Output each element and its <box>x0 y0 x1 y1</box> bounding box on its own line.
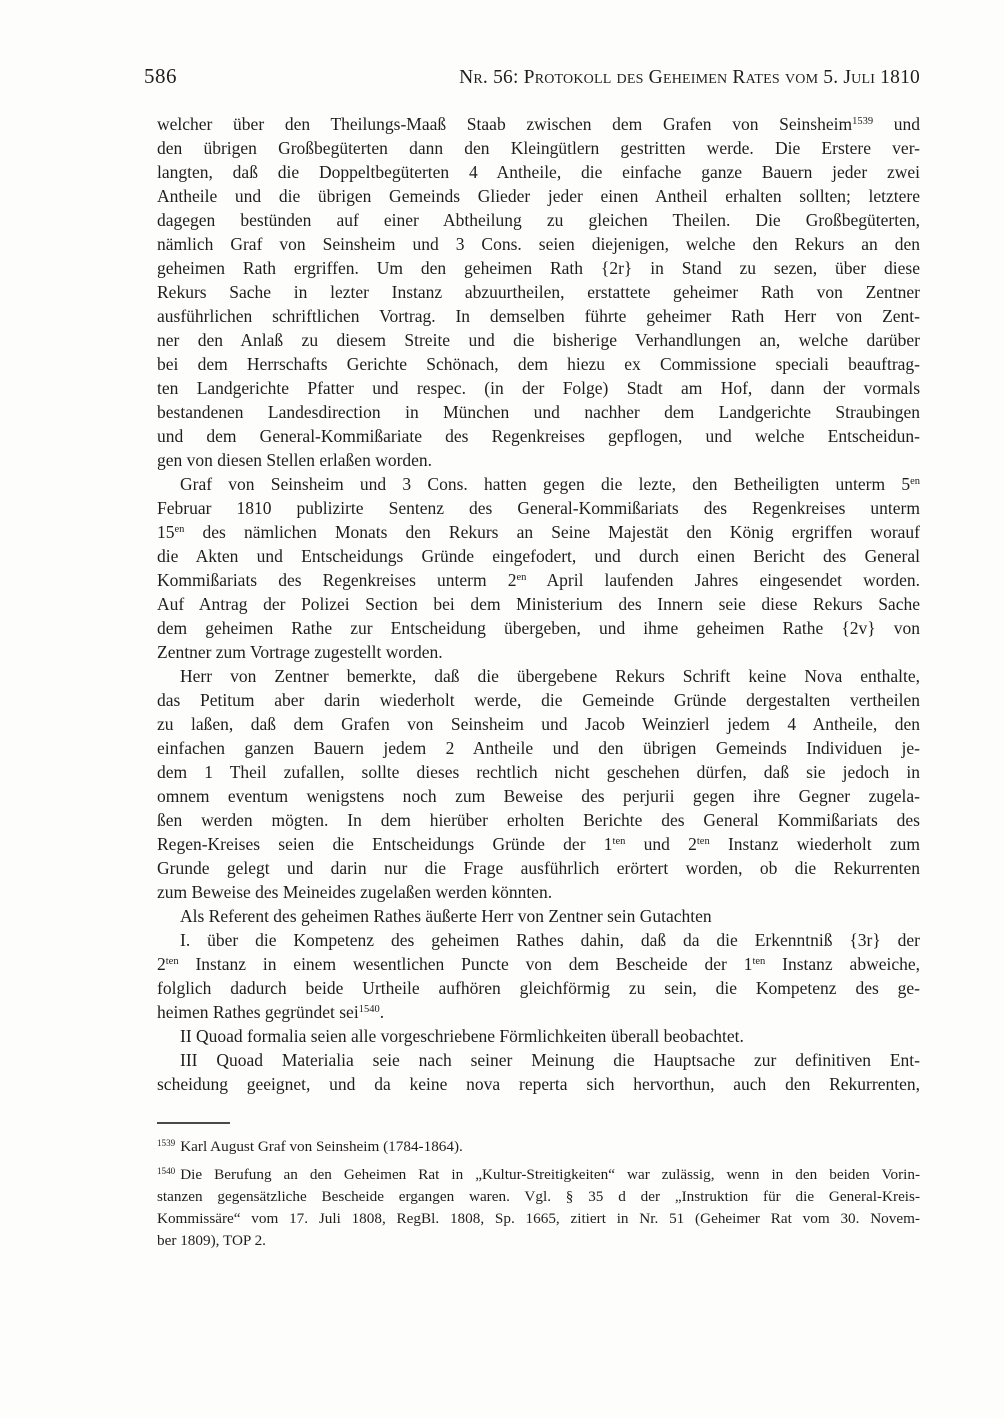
paragraph: II Quoad formalia seien alle vorgeschrie… <box>157 1024 920 1048</box>
paragraph: welcher über den Theilungs-Maaß Staab zw… <box>157 112 920 472</box>
paragraph: Herr von Zentner bemerkte, daß die überg… <box>157 664 920 904</box>
ordinal-superscript: en <box>910 476 920 487</box>
text-line: heimen Rathes gegründet sei1540. <box>157 1000 920 1024</box>
document-page: 586 Nr. 56: Protokoll des Geheimen Rates… <box>0 0 1004 1418</box>
text-line: den übrigen Großbegüterten dann den Klei… <box>157 136 920 160</box>
footnote-ref: 1539 <box>157 1138 175 1148</box>
paragraph: III Quoad Materialia seie nach seiner Me… <box>157 1048 920 1096</box>
text-line: III Quoad Materialia seie nach seiner Me… <box>157 1048 920 1072</box>
text-line: omnem eventum wenigstens noch zum Beweis… <box>157 784 920 808</box>
text-line: Antheile und die übrigen Gemeinds Gliede… <box>157 184 920 208</box>
text-line: ber 1809), TOP 2. <box>157 1230 920 1252</box>
text-line: bestandenen Landesdirection in München u… <box>157 400 920 424</box>
text-line: welcher über den Theilungs-Maaß Staab zw… <box>157 112 920 136</box>
text-line: einfachen ganzen Bauern jedem 2 Antheile… <box>157 736 920 760</box>
page-number: 586 <box>144 64 177 89</box>
footnote-ref: 1540 <box>157 1166 175 1176</box>
paragraph: I. über die Kompetenz des geheimen Rathe… <box>157 928 920 1024</box>
text-line: scheidung geeignet, und da keine nova re… <box>157 1072 920 1096</box>
text-line: II Quoad formalia seien alle vorgeschrie… <box>157 1024 920 1048</box>
text-line: gen von diesen Stellen erlaßen worden. <box>157 448 920 472</box>
text-line: bei dem Herrschafts Gerichte Schönach, d… <box>157 352 920 376</box>
ordinal-superscript: ten <box>166 956 179 967</box>
text-line: die Akten und Entscheidungs Gründe einge… <box>157 544 920 568</box>
footnotes: 1539Karl August Graf von Seinsheim (1784… <box>157 1136 920 1258</box>
text-line: stanzen gegensätzliche Bescheide ergange… <box>157 1186 920 1208</box>
footnote: 1540Die Berufung an den Geheimen Rat in … <box>157 1164 920 1252</box>
ordinal-superscript: ten <box>697 836 710 847</box>
ordinal-superscript: ten <box>613 836 626 847</box>
text-block: welcher über den Theilungs-Maaß Staab zw… <box>157 112 920 1096</box>
text-line: 15en des nämlichen Monats den Rekurs an … <box>157 520 920 544</box>
text-line: ner den Anlaß zu diesem Streite und die … <box>157 328 920 352</box>
text-line: nämlich Graf von Seinsheim und 3 Cons. s… <box>157 232 920 256</box>
text-line: Kommissäre“ vom 17. Juli 1808, RegBl. 18… <box>157 1208 920 1230</box>
footnote: 1539Karl August Graf von Seinsheim (1784… <box>157 1136 920 1158</box>
text-line: 1540Die Berufung an den Geheimen Rat in … <box>157 1164 920 1186</box>
text-line: Rekurs Sache in lezter Instanz abzuurthe… <box>157 280 920 304</box>
text-line: Regen-Kreises seien die Entscheidungs Gr… <box>157 832 920 856</box>
text-line: ausführlichen schriftlichen Vortrag. In … <box>157 304 920 328</box>
text-line: Als Referent des geheimen Rathes äußerte… <box>157 904 920 928</box>
text-line: Februar 1810 publizirte Sentenz des Gene… <box>157 496 920 520</box>
text-line: und dem General-Kommißariate des Regenkr… <box>157 424 920 448</box>
text-line: Herr von Zentner bemerkte, daß die überg… <box>157 664 920 688</box>
text-line: 1539Karl August Graf von Seinsheim (1784… <box>157 1136 920 1158</box>
paragraph: Graf von Seinsheim und 3 Cons. hatten ge… <box>157 472 920 664</box>
text-line: Auf Antrag der Polizei Section bei dem M… <box>157 592 920 616</box>
text-line: Graf von Seinsheim und 3 Cons. hatten ge… <box>157 472 920 496</box>
footnote-ref: 1540 <box>359 1004 380 1015</box>
ordinal-superscript: ten <box>752 956 765 967</box>
text-line: Kommißariats des Regenkreises unterm 2en… <box>157 568 920 592</box>
text-line: dem geheimen Rathe zur Entscheidung über… <box>157 616 920 640</box>
text-line: ßen werden mögten. In dem hierüber erhol… <box>157 808 920 832</box>
text-line: I. über die Kompetenz des geheimen Rathe… <box>157 928 920 952</box>
text-line: zum Beweise des Meineides zugelaßen werd… <box>157 880 920 904</box>
text-line: 2ten Instanz in einem wesentlichen Punct… <box>157 952 920 976</box>
running-header: Nr. 56: Protokoll des Geheimen Rates vom… <box>459 67 920 89</box>
text-line: geheimen Rath ergriffen. Um den geheimen… <box>157 256 920 280</box>
paragraph: Als Referent des geheimen Rathes äußerte… <box>157 904 920 928</box>
text-line: folglich dadurch beide Urtheile aufhören… <box>157 976 920 1000</box>
text-line: Zentner zum Vortrage zugestellt worden. <box>157 640 920 664</box>
text-line: ten Landgerichte Pfatter und respec. (in… <box>157 376 920 400</box>
page-header: 586 Nr. 56: Protokoll des Geheimen Rates… <box>144 64 920 89</box>
text-line: dagegen bestünden auf einer Abtheilung z… <box>157 208 920 232</box>
ordinal-superscript: en <box>516 572 526 583</box>
footnote-ref: 1539 <box>852 116 873 127</box>
footnote-separator <box>157 1122 230 1124</box>
text-line: langten, daß die Doppeltbegüterten 4 Ant… <box>157 160 920 184</box>
text-line: das Petitum aber darin wiederholt werde,… <box>157 688 920 712</box>
ordinal-superscript: en <box>175 524 185 535</box>
text-line: Grunde gelegt und darin nur die Frage au… <box>157 856 920 880</box>
text-line: dem 1 Theil zufallen, sollte dieses rech… <box>157 760 920 784</box>
text-line: zu laßen, daß dem Grafen von Seinsheim u… <box>157 712 920 736</box>
